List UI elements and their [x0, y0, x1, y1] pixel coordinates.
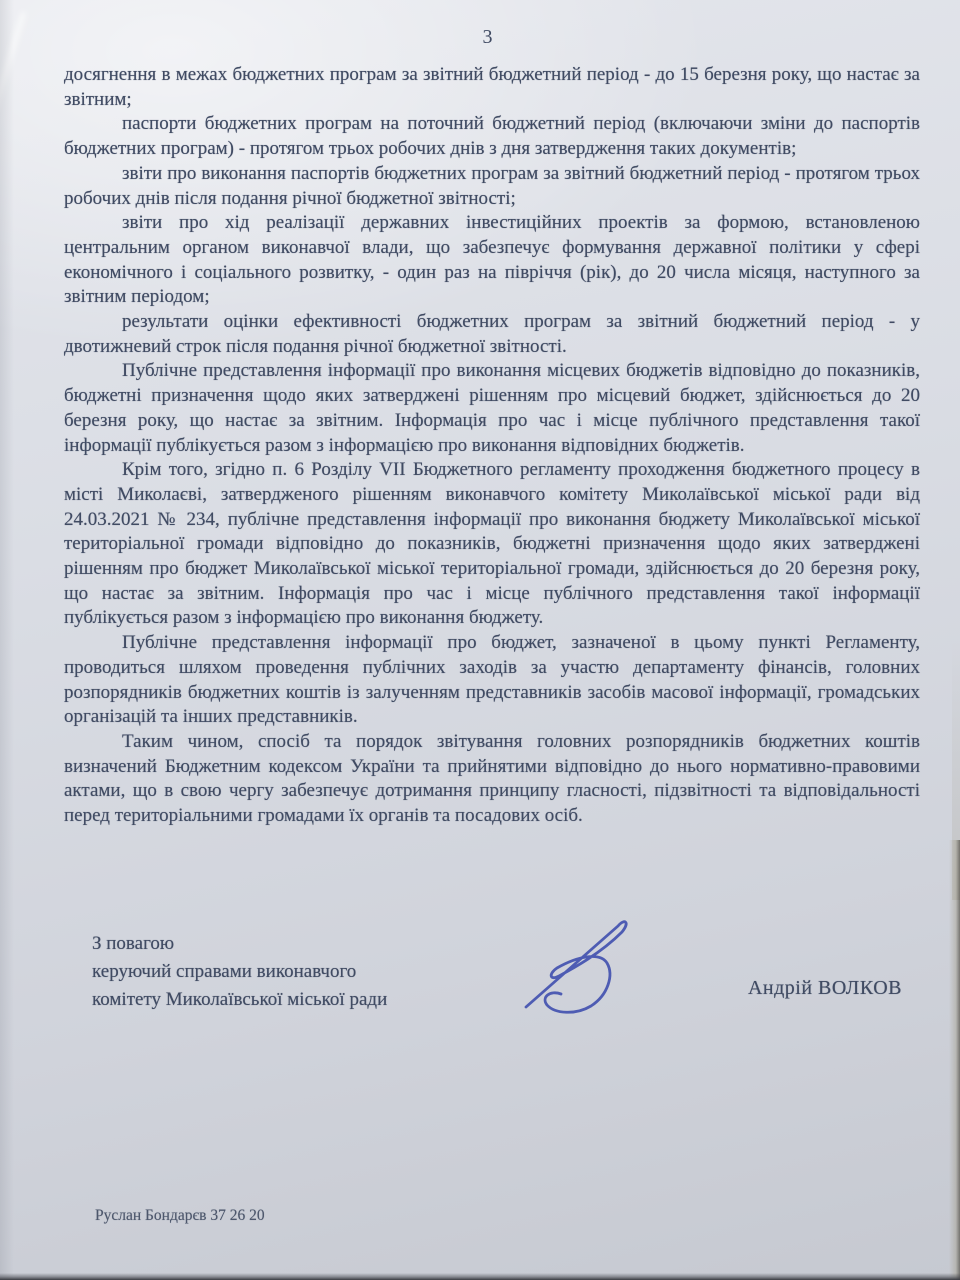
handwritten-signature: [478, 913, 678, 1033]
paragraph: звіти про виконання паспортів бюджетних …: [64, 162, 920, 211]
paper-left-shadow: [0, 0, 14, 1280]
paragraph: Крім того, згідно п. 6 Розділу VII Бюдже…: [64, 458, 920, 631]
paragraph: звіти про хід реалізації державних інвес…: [64, 211, 920, 310]
page-number: 3: [0, 26, 960, 49]
signer-name: Андрій ВОЛКОВ: [748, 977, 902, 1000]
paper-right-edge: [949, 840, 960, 1280]
paragraph: Таким чином, спосіб та порядок звітуванн…: [64, 730, 920, 829]
photo-bottom-edge: [0, 1273, 960, 1280]
signer-title-line1: керуючий справами виконавчого: [92, 958, 387, 986]
paragraph: Публічне представлення інформації про ви…: [64, 359, 920, 458]
closing-salutation: З повагою: [92, 930, 387, 958]
footer-contact: Руслан Бондарєв 37 26 20: [95, 1207, 265, 1225]
signature-closing: З повагою керуючий справами виконавчого …: [92, 930, 387, 1014]
paragraph: досягнення в межах бюджетних програм за …: [64, 63, 920, 112]
scanned-document-page: 3 досягнення в межах бюджетних програм з…: [0, 0, 960, 1280]
paragraph: Публічне представлення інформації про бю…: [64, 631, 920, 730]
paragraph: паспорти бюджетних програм на поточний б…: [64, 112, 920, 161]
paragraph: результати оцінки ефективності бюджетних…: [64, 310, 920, 359]
signer-title-line2: комітету Миколаївської міської ради: [92, 986, 387, 1014]
document-body: досягнення в межах бюджетних програм за …: [64, 63, 920, 829]
